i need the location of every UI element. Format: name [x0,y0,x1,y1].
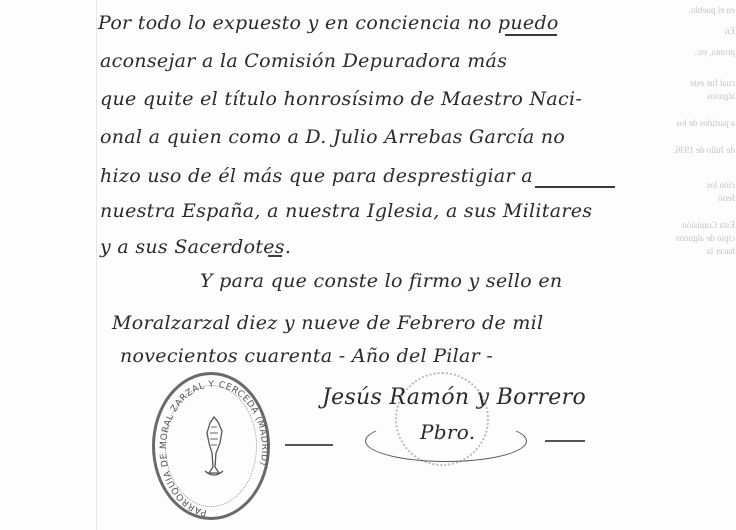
handwritten-line: Por todo lo expuesto y en conciencia no … [98,12,559,34]
margin-fold-line [96,0,97,530]
bleed-line: cual fue este [615,77,735,90]
handwritten-line: y a sus Sacerdotes. [100,236,291,258]
ink-underline [505,34,557,36]
handwritten-line: onal a quien como a D. Julio Arrebas Gar… [100,126,565,148]
bleed-line: Esta Comisión [615,219,735,232]
signature-dash-right [545,440,585,442]
handwritten-line: que quite el título honrosísimo de Maest… [100,88,582,110]
ink-dash [268,255,282,257]
scanned-document-page: en el pueblo. En pronto, etc. cual fue e… [0,0,736,530]
handwritten-year-line: novecientos cuarenta - Año del Pilar - [120,345,493,367]
signature-name: Jesús Ramón y Borrero [322,385,586,410]
bleed-through-text: en el pueblo. En pronto, etc. cual fue e… [615,0,735,258]
bleed-line: algunos [615,90,735,103]
signature-dash-left [285,444,333,446]
handwritten-place-date-line: Moralzarzal diez y nueve de Febrero de m… [112,312,543,334]
bleed-line: ferió [615,192,735,205]
handwritten-line: aconsejar a la Comisión Depuradora más [100,50,507,72]
bleed-line: En [615,25,735,38]
bleed-line: cipio de algunos [615,232,735,245]
handwritten-closing-line: Y para que conste lo firmo y sello en [200,270,562,292]
ink-underline [535,186,615,188]
bleed-line: ción los [615,179,735,192]
signature-flourish [365,420,527,462]
bleed-line: a partidos de los [615,117,735,130]
parish-seal: PARROQUIA DE MORAL ZARZAL Y CERCEDA (MAD… [152,372,270,520]
eagle-emblem-icon [201,413,227,483]
bleed-line: hacer la [615,245,735,258]
bleed-line: de Julio de 1936. [615,144,735,157]
bleed-line: en el pueblo. [615,4,735,17]
handwritten-line: hizo uso de él más que para desprestigia… [100,165,533,187]
bleed-line: pronto, etc. [615,46,735,59]
handwritten-line: nuestra España, a nuestra Iglesia, a sus… [100,200,592,222]
